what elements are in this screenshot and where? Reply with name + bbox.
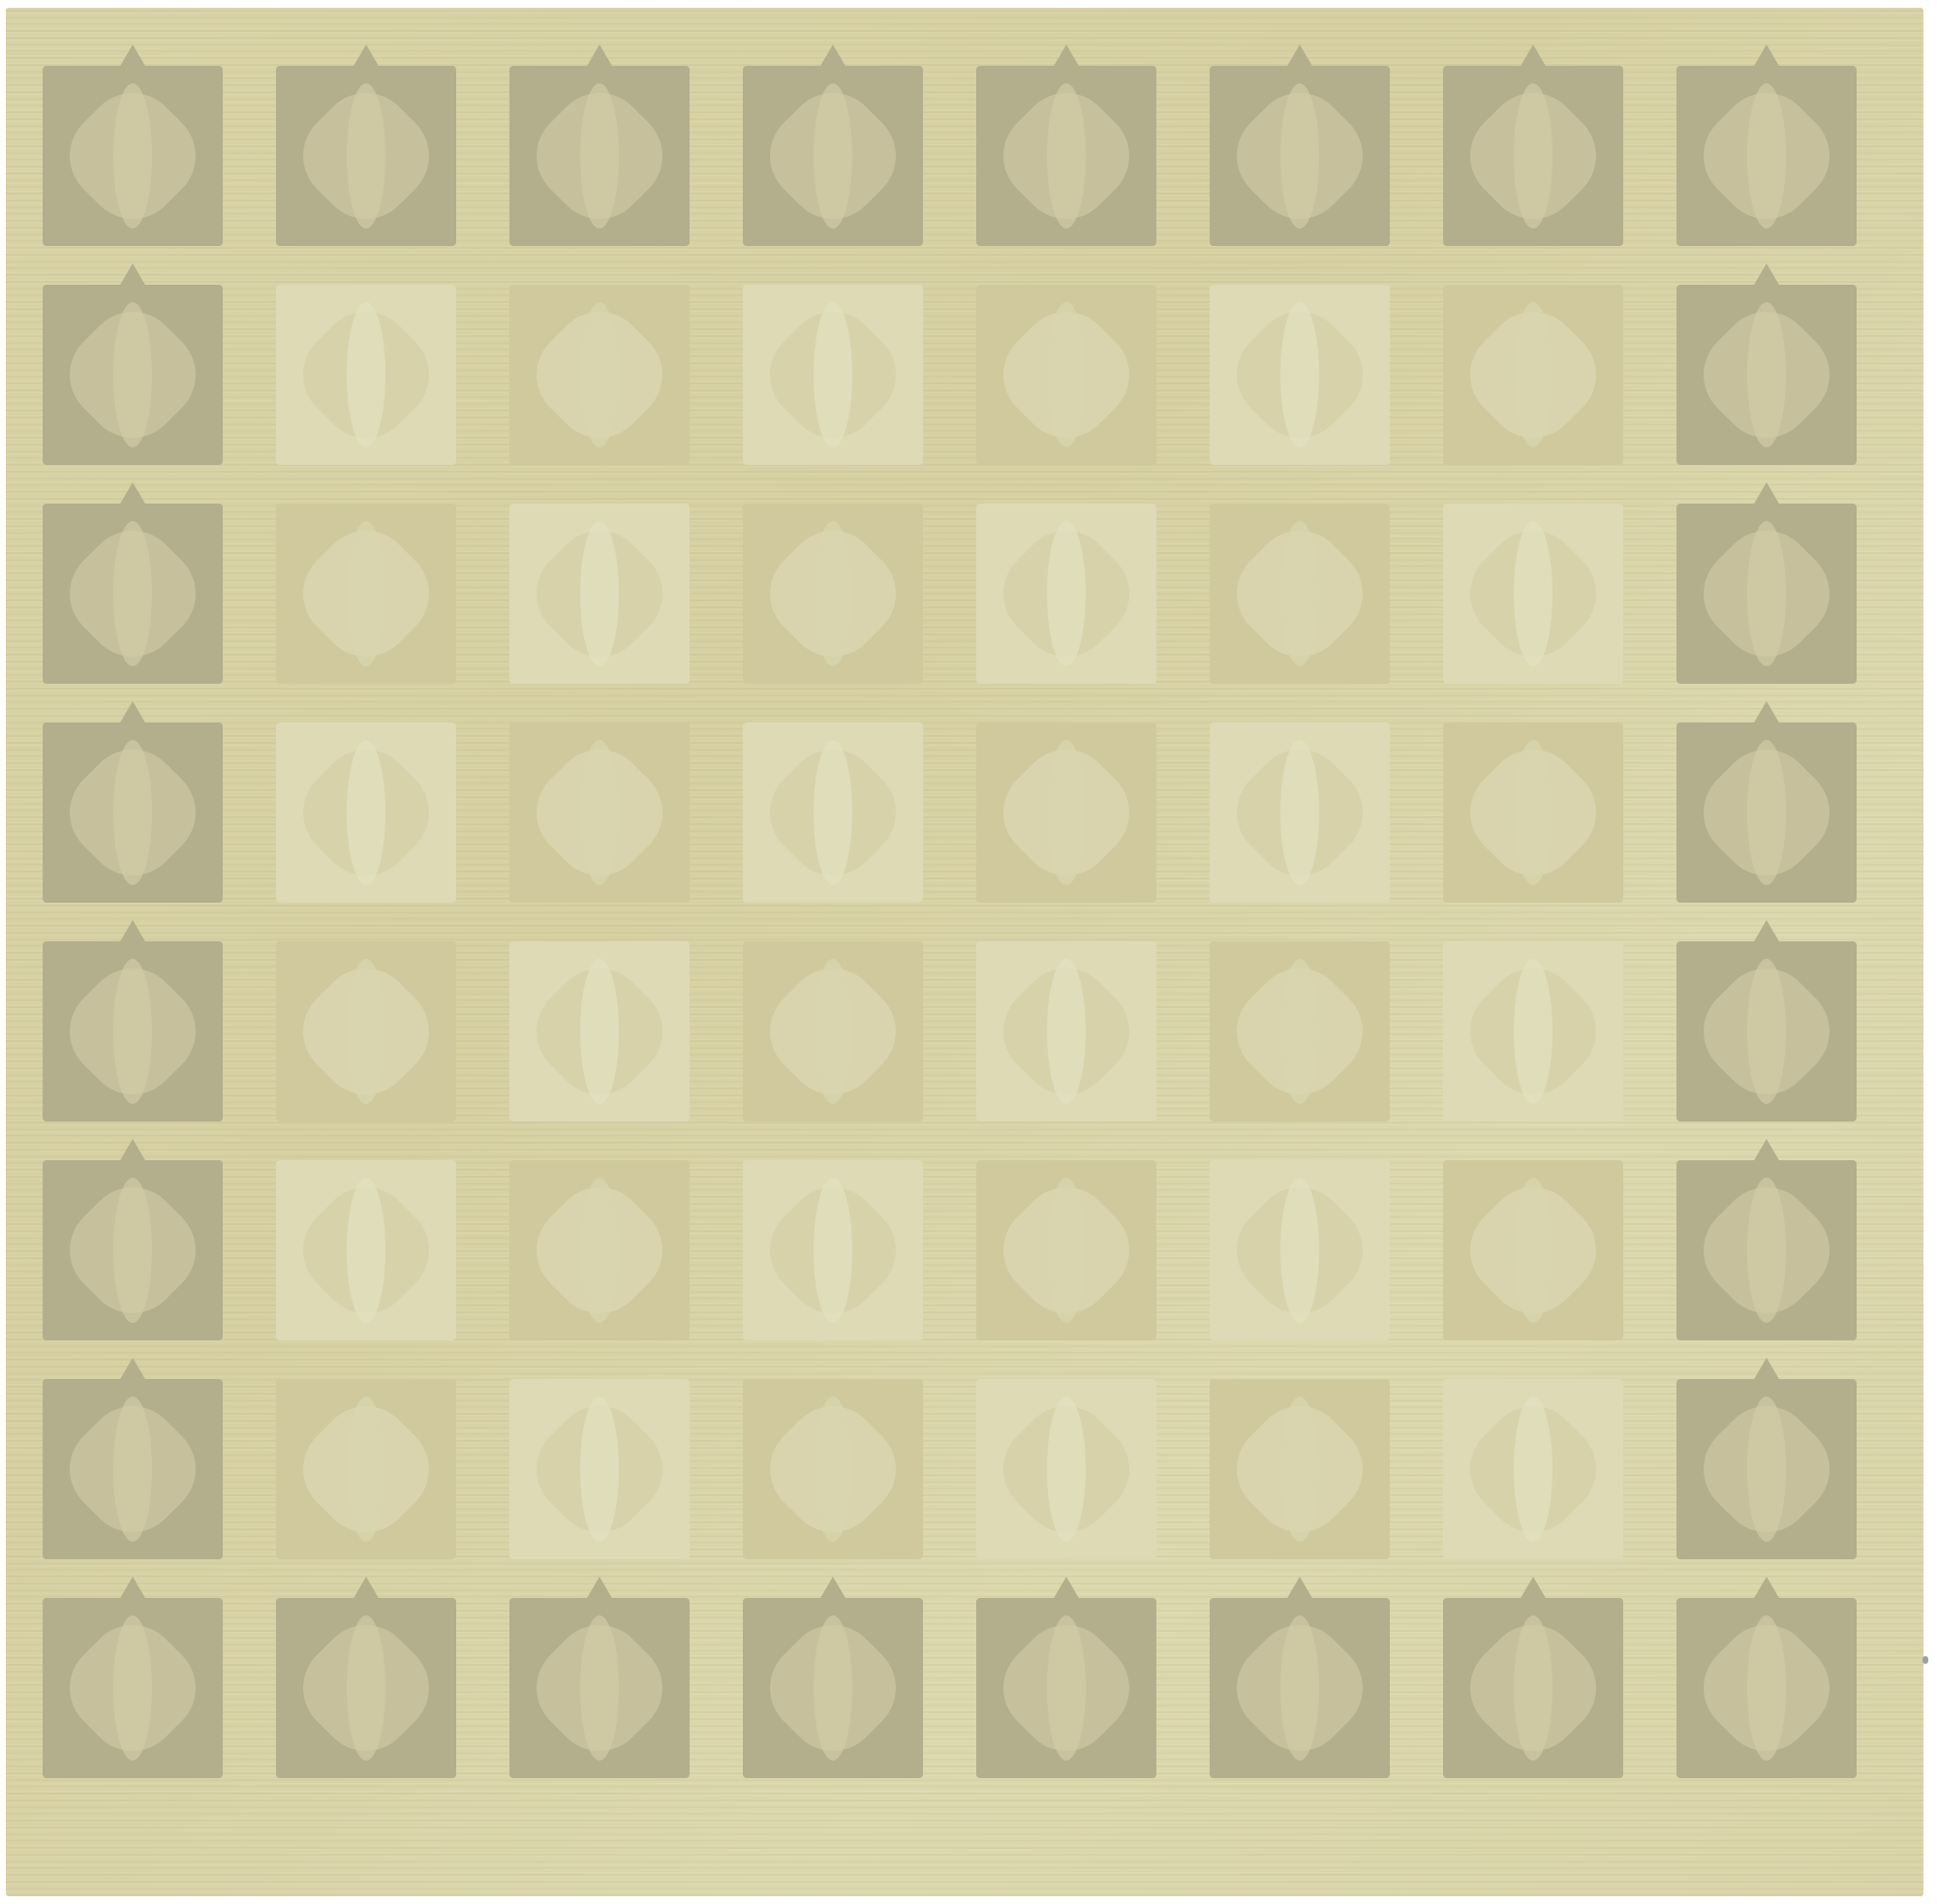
rug-panel: [1676, 1160, 1857, 1340]
leaf-motif: [580, 302, 619, 447]
panel-notch: [819, 45, 846, 68]
rug-panel: [743, 1160, 923, 1340]
rug-panel: [976, 1160, 1156, 1340]
leaf-motif: [814, 1178, 852, 1323]
rug-panel: [509, 1160, 690, 1340]
panel-notch: [1053, 45, 1080, 68]
leaf-motif: [1047, 1397, 1086, 1542]
rug-panel: [1443, 504, 1623, 684]
panel-notch: [1753, 920, 1780, 943]
panel-notch: [1753, 263, 1780, 287]
rug-panel: [509, 722, 690, 903]
leaf-motif: [1514, 302, 1553, 447]
rug-panel: [509, 1379, 690, 1559]
leaf-motif: [347, 521, 385, 666]
panel-notch: [119, 701, 146, 724]
leaf-motif: [1047, 1178, 1086, 1323]
leaf-motif: [814, 302, 852, 447]
leaf-motif: [1514, 1397, 1553, 1542]
leaf-motif: [580, 83, 619, 229]
panel-notch: [119, 1139, 146, 1162]
rug-panel: [743, 722, 923, 903]
rug-panel: [1443, 66, 1623, 246]
leaf-motif: [1747, 1615, 1786, 1761]
rug-panel: [1443, 1598, 1623, 1778]
rug-panel: [1443, 722, 1623, 903]
leaf-motif: [113, 740, 152, 885]
leaf-motif: [580, 521, 619, 666]
leaf-motif: [1747, 740, 1786, 885]
leaf-motif: [1047, 959, 1086, 1104]
panel-notch: [119, 263, 146, 287]
rug-panel: [743, 66, 923, 246]
panel-notch: [1286, 1577, 1313, 1600]
leaf-motif: [1280, 302, 1319, 447]
rug-panel: [743, 285, 923, 465]
rug-panel: [1210, 1598, 1390, 1778]
rug-panel: [43, 285, 223, 465]
rug-panel: [1210, 285, 1390, 465]
leaf-motif: [113, 83, 152, 229]
leaf-motif: [1747, 1397, 1786, 1542]
leaf-motif: [1047, 83, 1086, 229]
rug-panel: [1676, 285, 1857, 465]
panel-notch: [586, 1577, 613, 1600]
rug-panel: [976, 504, 1156, 684]
leaf-motif: [1747, 302, 1786, 447]
leaf-motif: [814, 1615, 852, 1761]
rug-panel: [43, 722, 223, 903]
leaf-motif: [1747, 521, 1786, 666]
panel-notch: [1753, 1577, 1780, 1600]
leaf-motif: [1514, 1178, 1553, 1323]
rug-panel: [43, 1160, 223, 1340]
leaf-motif: [580, 1615, 619, 1761]
leaf-motif: [347, 1615, 385, 1761]
panel-notch: [119, 1358, 146, 1381]
panel-notch: [1753, 1139, 1780, 1162]
leaf-motif: [1047, 302, 1086, 447]
rug-panel: [43, 1379, 223, 1559]
leaf-motif: [1514, 959, 1553, 1104]
leaf-motif: [1047, 521, 1086, 666]
rug-panel: [743, 941, 923, 1121]
leaf-motif: [347, 1178, 385, 1323]
rug-panel: [276, 504, 456, 684]
leaf-motif: [814, 521, 852, 666]
leaf-motif: [1280, 1178, 1319, 1323]
leaf-motif: [1514, 83, 1553, 229]
rug-panel: [509, 504, 690, 684]
panel-notch: [1520, 45, 1547, 68]
leaf-motif: [1280, 959, 1319, 1104]
rug-panel: [43, 1598, 223, 1778]
leaf-motif: [1747, 1178, 1786, 1323]
leaf-motif: [1280, 1615, 1319, 1761]
rug-panel: [743, 504, 923, 684]
rug-panel: [276, 1160, 456, 1340]
panel-notch: [119, 482, 146, 506]
rug-panel: [1210, 1379, 1390, 1559]
panel-notch: [1753, 45, 1780, 68]
rug-panel: [976, 722, 1156, 903]
leaf-motif: [814, 959, 852, 1104]
leaf-motif: [347, 302, 385, 447]
leaf-motif: [347, 740, 385, 885]
panel-notch: [1520, 1577, 1547, 1600]
panel-notch: [353, 45, 380, 68]
rug-panel: [1210, 504, 1390, 684]
rug-panel: [1210, 722, 1390, 903]
leaf-motif: [1047, 740, 1086, 885]
leaf-motif: [580, 740, 619, 885]
rug-panel: [743, 1598, 923, 1778]
leaf-motif: [1747, 959, 1786, 1104]
panel-notch: [1753, 701, 1780, 724]
leaf-motif: [1047, 1615, 1086, 1761]
panel-notch: [586, 45, 613, 68]
leaf-motif: [113, 1615, 152, 1761]
rug-panel: [276, 66, 456, 246]
rug-panel: [1676, 504, 1857, 684]
fringe-tassel: [1922, 1656, 1928, 1664]
leaf-motif: [814, 1397, 852, 1542]
rug-panel: [276, 722, 456, 903]
leaf-motif: [347, 83, 385, 229]
rug-panel: [1210, 1160, 1390, 1340]
rug: [6, 8, 1923, 1896]
rug-panel: [976, 1598, 1156, 1778]
leaf-motif: [113, 1397, 152, 1542]
rug-panel: [1210, 941, 1390, 1121]
rug-panel: [43, 941, 223, 1121]
rug-panel: [1443, 285, 1623, 465]
rug-panel: [976, 285, 1156, 465]
leaf-motif: [113, 959, 152, 1104]
rug-panel: [1443, 941, 1623, 1121]
rug-panel: [43, 66, 223, 246]
rug-panel: [1443, 1379, 1623, 1559]
leaf-motif: [1280, 521, 1319, 666]
panel-notch: [1753, 1358, 1780, 1381]
panel-notch: [119, 920, 146, 943]
rug-panel: [1443, 1160, 1623, 1340]
leaf-motif: [113, 302, 152, 447]
leaf-motif: [1514, 1615, 1553, 1761]
rug-panel: [276, 1379, 456, 1559]
rug-panel: [509, 941, 690, 1121]
leaf-motif: [347, 1397, 385, 1542]
leaf-motif: [580, 1397, 619, 1542]
rug-panel: [1210, 66, 1390, 246]
rug-panel: [43, 504, 223, 684]
panel-notch: [1053, 1577, 1080, 1600]
rug-panel: [976, 66, 1156, 246]
leaf-motif: [113, 1178, 152, 1323]
rug-panel: [743, 1379, 923, 1559]
rug-panel: [509, 1598, 690, 1778]
panel-notch: [1286, 45, 1313, 68]
rug-panel: [976, 1379, 1156, 1559]
rug-panel: [1676, 1379, 1857, 1559]
rug-panel: [276, 1598, 456, 1778]
rug-panel: [1676, 941, 1857, 1121]
rug-panel: [1676, 66, 1857, 246]
rug-panel: [509, 285, 690, 465]
rug-panel: [1676, 1598, 1857, 1778]
panel-notch: [819, 1577, 846, 1600]
leaf-motif: [1280, 1397, 1319, 1542]
leaf-motif: [580, 959, 619, 1104]
leaf-motif: [347, 959, 385, 1104]
leaf-motif: [113, 521, 152, 666]
panel-notch: [353, 1577, 380, 1600]
rug-panel: [976, 941, 1156, 1121]
leaf-motif: [1514, 521, 1553, 666]
panel-notch: [1753, 482, 1780, 506]
leaf-motif: [814, 83, 852, 229]
rug-panel: [509, 66, 690, 246]
leaf-motif: [580, 1178, 619, 1323]
leaf-motif: [814, 740, 852, 885]
leaf-motif: [1280, 83, 1319, 229]
panel-notch: [119, 45, 146, 68]
panel-notch: [119, 1577, 146, 1600]
rug-panel: [1676, 722, 1857, 903]
leaf-motif: [1514, 740, 1553, 885]
leaf-motif: [1280, 740, 1319, 885]
rug-panel: [276, 941, 456, 1121]
rug-panel: [276, 285, 456, 465]
leaf-motif: [1747, 83, 1786, 229]
